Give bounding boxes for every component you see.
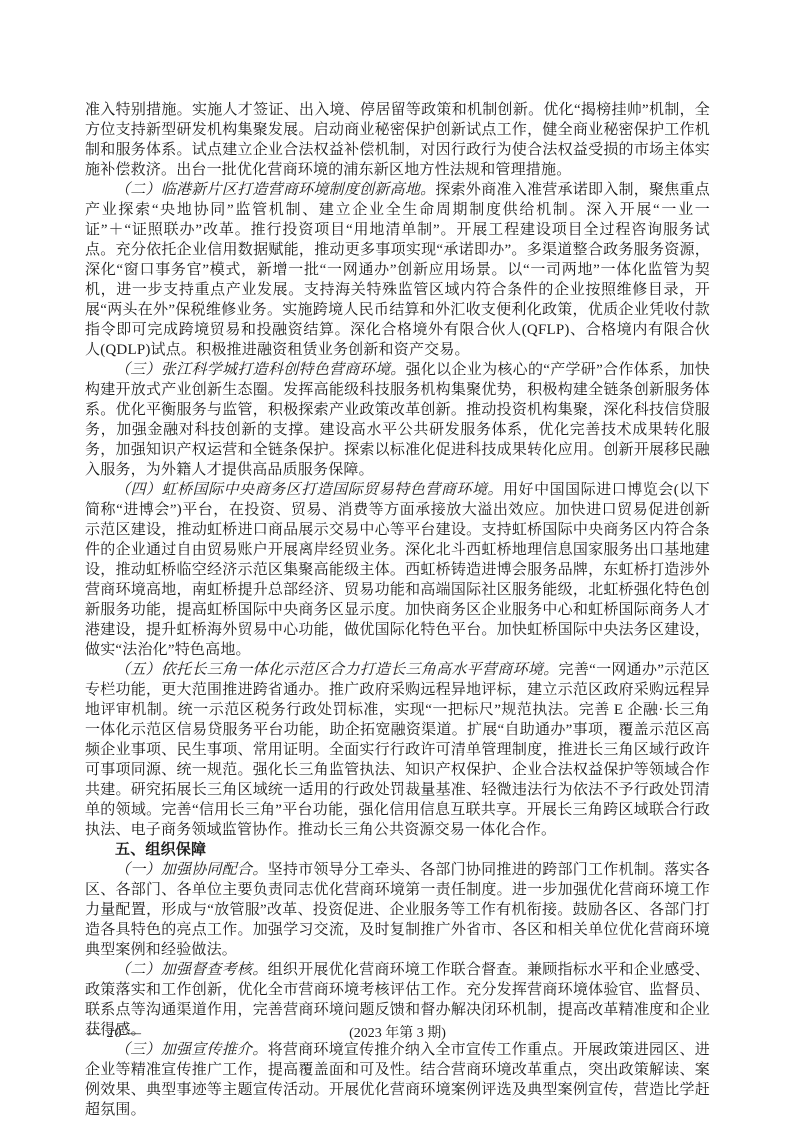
- paragraph-section-2: （二）临港新片区打造营商环境制度创新高地。探索外商准入准营承诺即入制，聚焦重点产…: [85, 180, 710, 360]
- section-2-text: 探索外商准入准营承诺即入制，聚焦重点产业探索“央地协同”监管机制、建立企业全生命…: [85, 182, 710, 358]
- section-5-text: 完善“一网通办”示范区专栏功能，更大范围推进跨省通办。推广政府采购远程异地评标，…: [85, 662, 710, 838]
- org-3-lead: （三）加强宣传推介。: [115, 1042, 268, 1058]
- section-4-lead: （四）虹桥国际中央商务区打造国际贸易特色营商环境。: [115, 482, 503, 498]
- issue-label: (2023 年第 3 期): [349, 1024, 446, 1044]
- section-3-lead: （三）张江科学城打造科创特色营商环境。: [115, 362, 406, 378]
- section-3-text: 强化以企业为核心的“产学研”合作体系，加快构建开放式产业创新生态圈。发挥高能级科…: [85, 362, 710, 478]
- section-5-lead: （五）依托长三角一体化示范区合力打造长三角高水平营商环境。: [115, 662, 559, 678]
- paragraph-section-4: （四）虹桥国际中央商务区打造国际贸易特色营商环境。用好中国国际进口博览会(以下简…: [85, 480, 710, 660]
- page-number: — 20 —: [87, 1024, 142, 1044]
- paragraph-org-1: （一）加强协同配合。坚持市领导分工牵头、各部门协同推进的跨部门工作机制。落实各区…: [85, 860, 710, 960]
- document-body: 准入特别措施。实施人才签证、出入境、停居留等政策和机制创新。优化“揭榜挂帅”机制…: [85, 100, 710, 1120]
- org-1-lead: （一）加强协同配合。: [115, 862, 268, 878]
- paragraph-section-5: （五）依托长三角一体化示范区合力打造长三角高水平营商环境。完善“一网通办”示范区…: [85, 660, 710, 840]
- paragraph-section-3: （三）张江科学城打造科创特色营商环境。强化以企业为核心的“产学研”合作体系，加快…: [85, 360, 710, 480]
- section-4-text: 用好中国国际进口博览会(以下简称“进博会”)平台，在投资、贸易、消费等方面承接放…: [85, 482, 710, 658]
- paragraph-org-3: （三）加强宣传推介。将营商环境宣传推介纳入全市宣传工作重点。开展政策进园区、进企…: [85, 1040, 710, 1120]
- org-2-lead: （二）加强督查考核。: [115, 962, 268, 978]
- page-footer: — 20 — (2023 年第 3 期): [85, 1024, 710, 1044]
- section-2-lead: （二）临港新片区打造营商环境制度创新高地。: [115, 182, 435, 198]
- paragraph-continuation: 准入特别措施。实施人才签证、出入境、停居留等政策和机制创新。优化“揭榜挂帅”机制…: [85, 100, 710, 180]
- document-page: 准入特别措施。实施人才签证、出入境、停居留等政策和机制创新。优化“揭榜挂帅”机制…: [0, 0, 793, 1122]
- section-heading-organizational-support: 五、组织保障: [85, 840, 710, 860]
